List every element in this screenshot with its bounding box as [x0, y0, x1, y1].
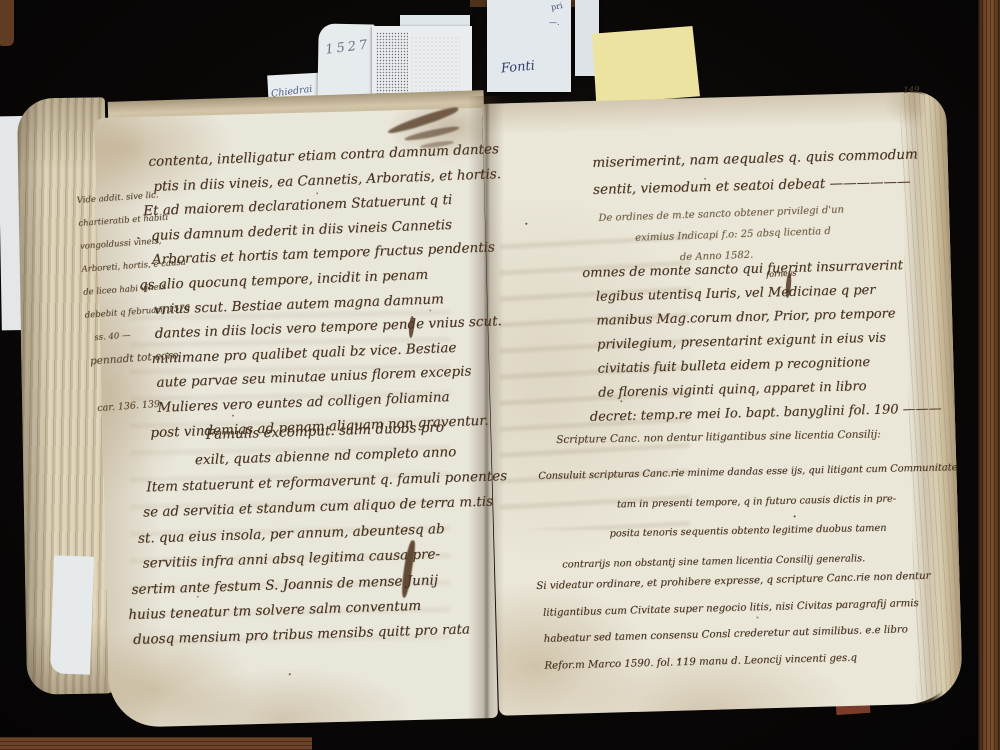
wood-table-edge-right: [978, 0, 1000, 750]
manuscript-photo: Chiedrai 1527 pri —. Fonti Vide addit. s…: [0, 0, 1000, 750]
wood-table-edge-top-left: [0, 0, 14, 46]
flyleaf-edge-left: [50, 555, 94, 674]
folio-number: 149: [903, 85, 920, 96]
left-page-second-paragraph: Item statuerunt et reformaverunt q. famu…: [128, 464, 523, 654]
interlinear-note: forneys: [766, 268, 797, 279]
left-page-main-text: contenta, intelligatur etiam contra damn…: [148, 137, 509, 445]
right-page-paragraph-2: omnes de monte sancto qui fuerint insurr…: [582, 253, 951, 430]
left-page-section-heading: Famulis excomput. salm duobs proexilt, q…: [172, 414, 478, 474]
right-page-paragraph-3: Consuluit scripturas Canc.rie minime dan…: [538, 453, 955, 580]
bookmark-slip-fonti: pri —. Fonti: [487, 0, 571, 92]
foxing-speckles: [94, 118, 96, 120]
bookmark-slip-yellow: [592, 26, 700, 104]
right-page-paragraph-4: Si videatur ordinare, et prohibere expre…: [536, 563, 959, 680]
right-page-paragraph-1: miserimerint, nam aequales q. quis commo…: [592, 141, 948, 204]
bookmark-slip-fonti-label: Fonti: [500, 59, 535, 77]
bookmark-slip-year-label: 1527: [325, 37, 372, 57]
bookmark-slip-fonti-corner-dash: —.: [549, 18, 560, 27]
wood-table-edge-bottom: [0, 737, 312, 750]
bookmark-slip-fonti-corner-note: pri: [550, 1, 563, 12]
